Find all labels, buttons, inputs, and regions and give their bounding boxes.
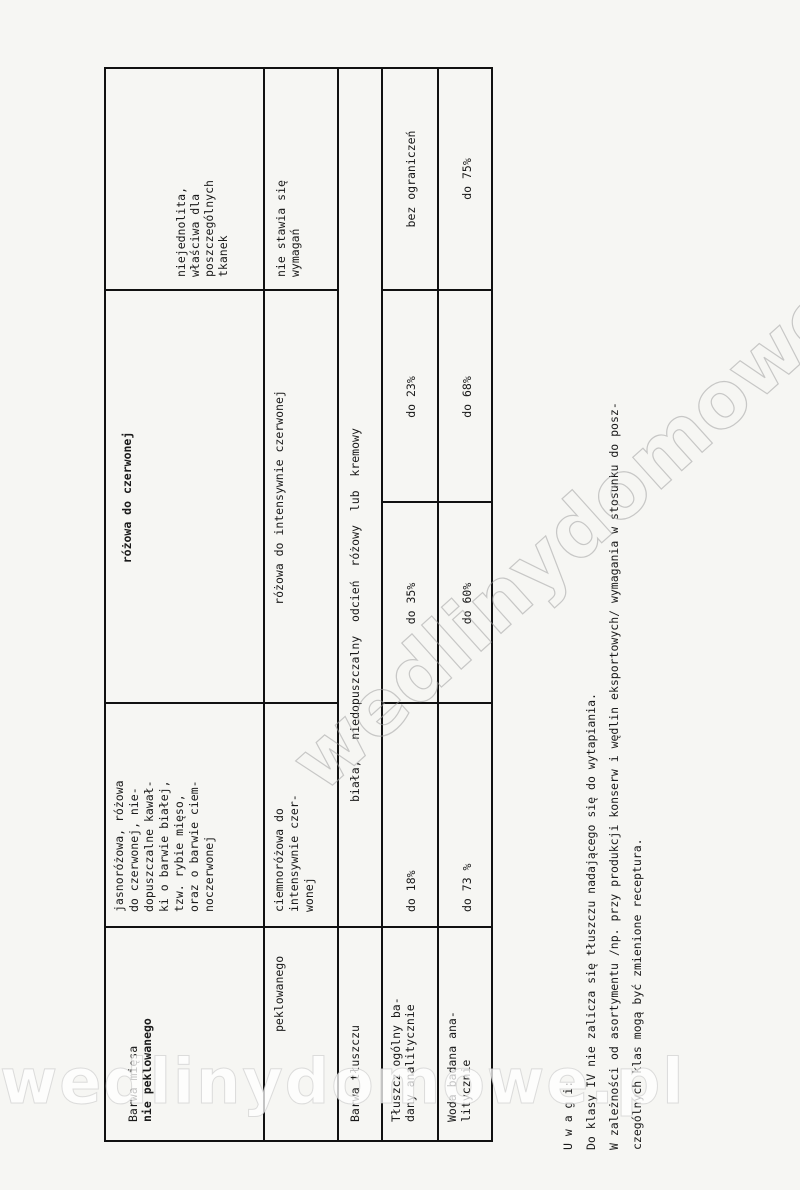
- note-line: W zależności od asortymentu /np. przy pr…: [603, 50, 626, 1150]
- cell-total-fat-class-i: do 18%: [400, 708, 430, 920]
- cell-meat-color-class-ii-iii: różowa do czerwonej: [116, 291, 146, 704]
- cell-cured-class-ii-iii: różowa do intensywnie czerwonej: [268, 291, 308, 704]
- cell-meat-color-class-i: jasnoróżowa, różowa do czerwonej, nie- d…: [108, 708, 258, 920]
- row-label-water: Woda badana ana- litycznie: [441, 930, 489, 1130]
- row-label-cured: peklowanego: [268, 930, 328, 1040]
- note-line: Do klasy IV nie zalicza się tłuszczu nad…: [580, 50, 603, 1150]
- cell-fat-color-merged: biała, niedopuszczalny odcień różowy lub…: [344, 70, 376, 810]
- row-label-bold-part: nie peklowanego: [140, 1018, 154, 1122]
- notes-heading: U w a g i:: [557, 50, 580, 1150]
- cell-water-class-ii: do 60%: [456, 503, 486, 704]
- cell-total-fat-class-iv: bez ograniczeń: [400, 67, 430, 291]
- row-divider: [381, 67, 383, 1142]
- row-divider: [337, 67, 339, 1142]
- row-divider: [437, 67, 439, 1142]
- cell-water-class-i: do 73 %: [456, 708, 486, 920]
- column-divider: [104, 926, 493, 928]
- cell-water-class-iii: do 68%: [456, 291, 486, 503]
- row-label-text: Barwa mięsa nie peklowanego: [126, 1018, 154, 1122]
- cell-total-fat-class-ii: do 35%: [400, 503, 430, 704]
- row-label-total-fat: Tłuszcz ogólny ba- dany analitycznie: [385, 930, 433, 1130]
- cell-meat-color-class-iv: niejednolita, właściwa dla poszczególnyc…: [170, 70, 250, 285]
- row-label-meat-color: Barwa mięsa nie peklowanego: [108, 930, 258, 1130]
- row-label-fat-color: Barwa tłuszczu: [344, 930, 376, 1130]
- note-line: czególnych klas mogą być zmienione recep…: [626, 50, 649, 1150]
- cell-cured-class-iv: nie stawia się wymagań: [270, 70, 320, 285]
- notes-section: U w a g i: Do klasy IV nie zalicza się t…: [557, 50, 649, 1150]
- cell-cured-class-i: ciemnoróżowa do intensywnie czer- wonej: [268, 708, 334, 920]
- cell-water-class-iv: do 75%: [456, 67, 486, 291]
- cell-total-fat-class-iii: do 23%: [400, 291, 430, 503]
- scanned-document-page: Barwa mięsa nie peklowanego jasnoróżowa,…: [0, 0, 800, 1190]
- row-divider: [263, 67, 265, 1142]
